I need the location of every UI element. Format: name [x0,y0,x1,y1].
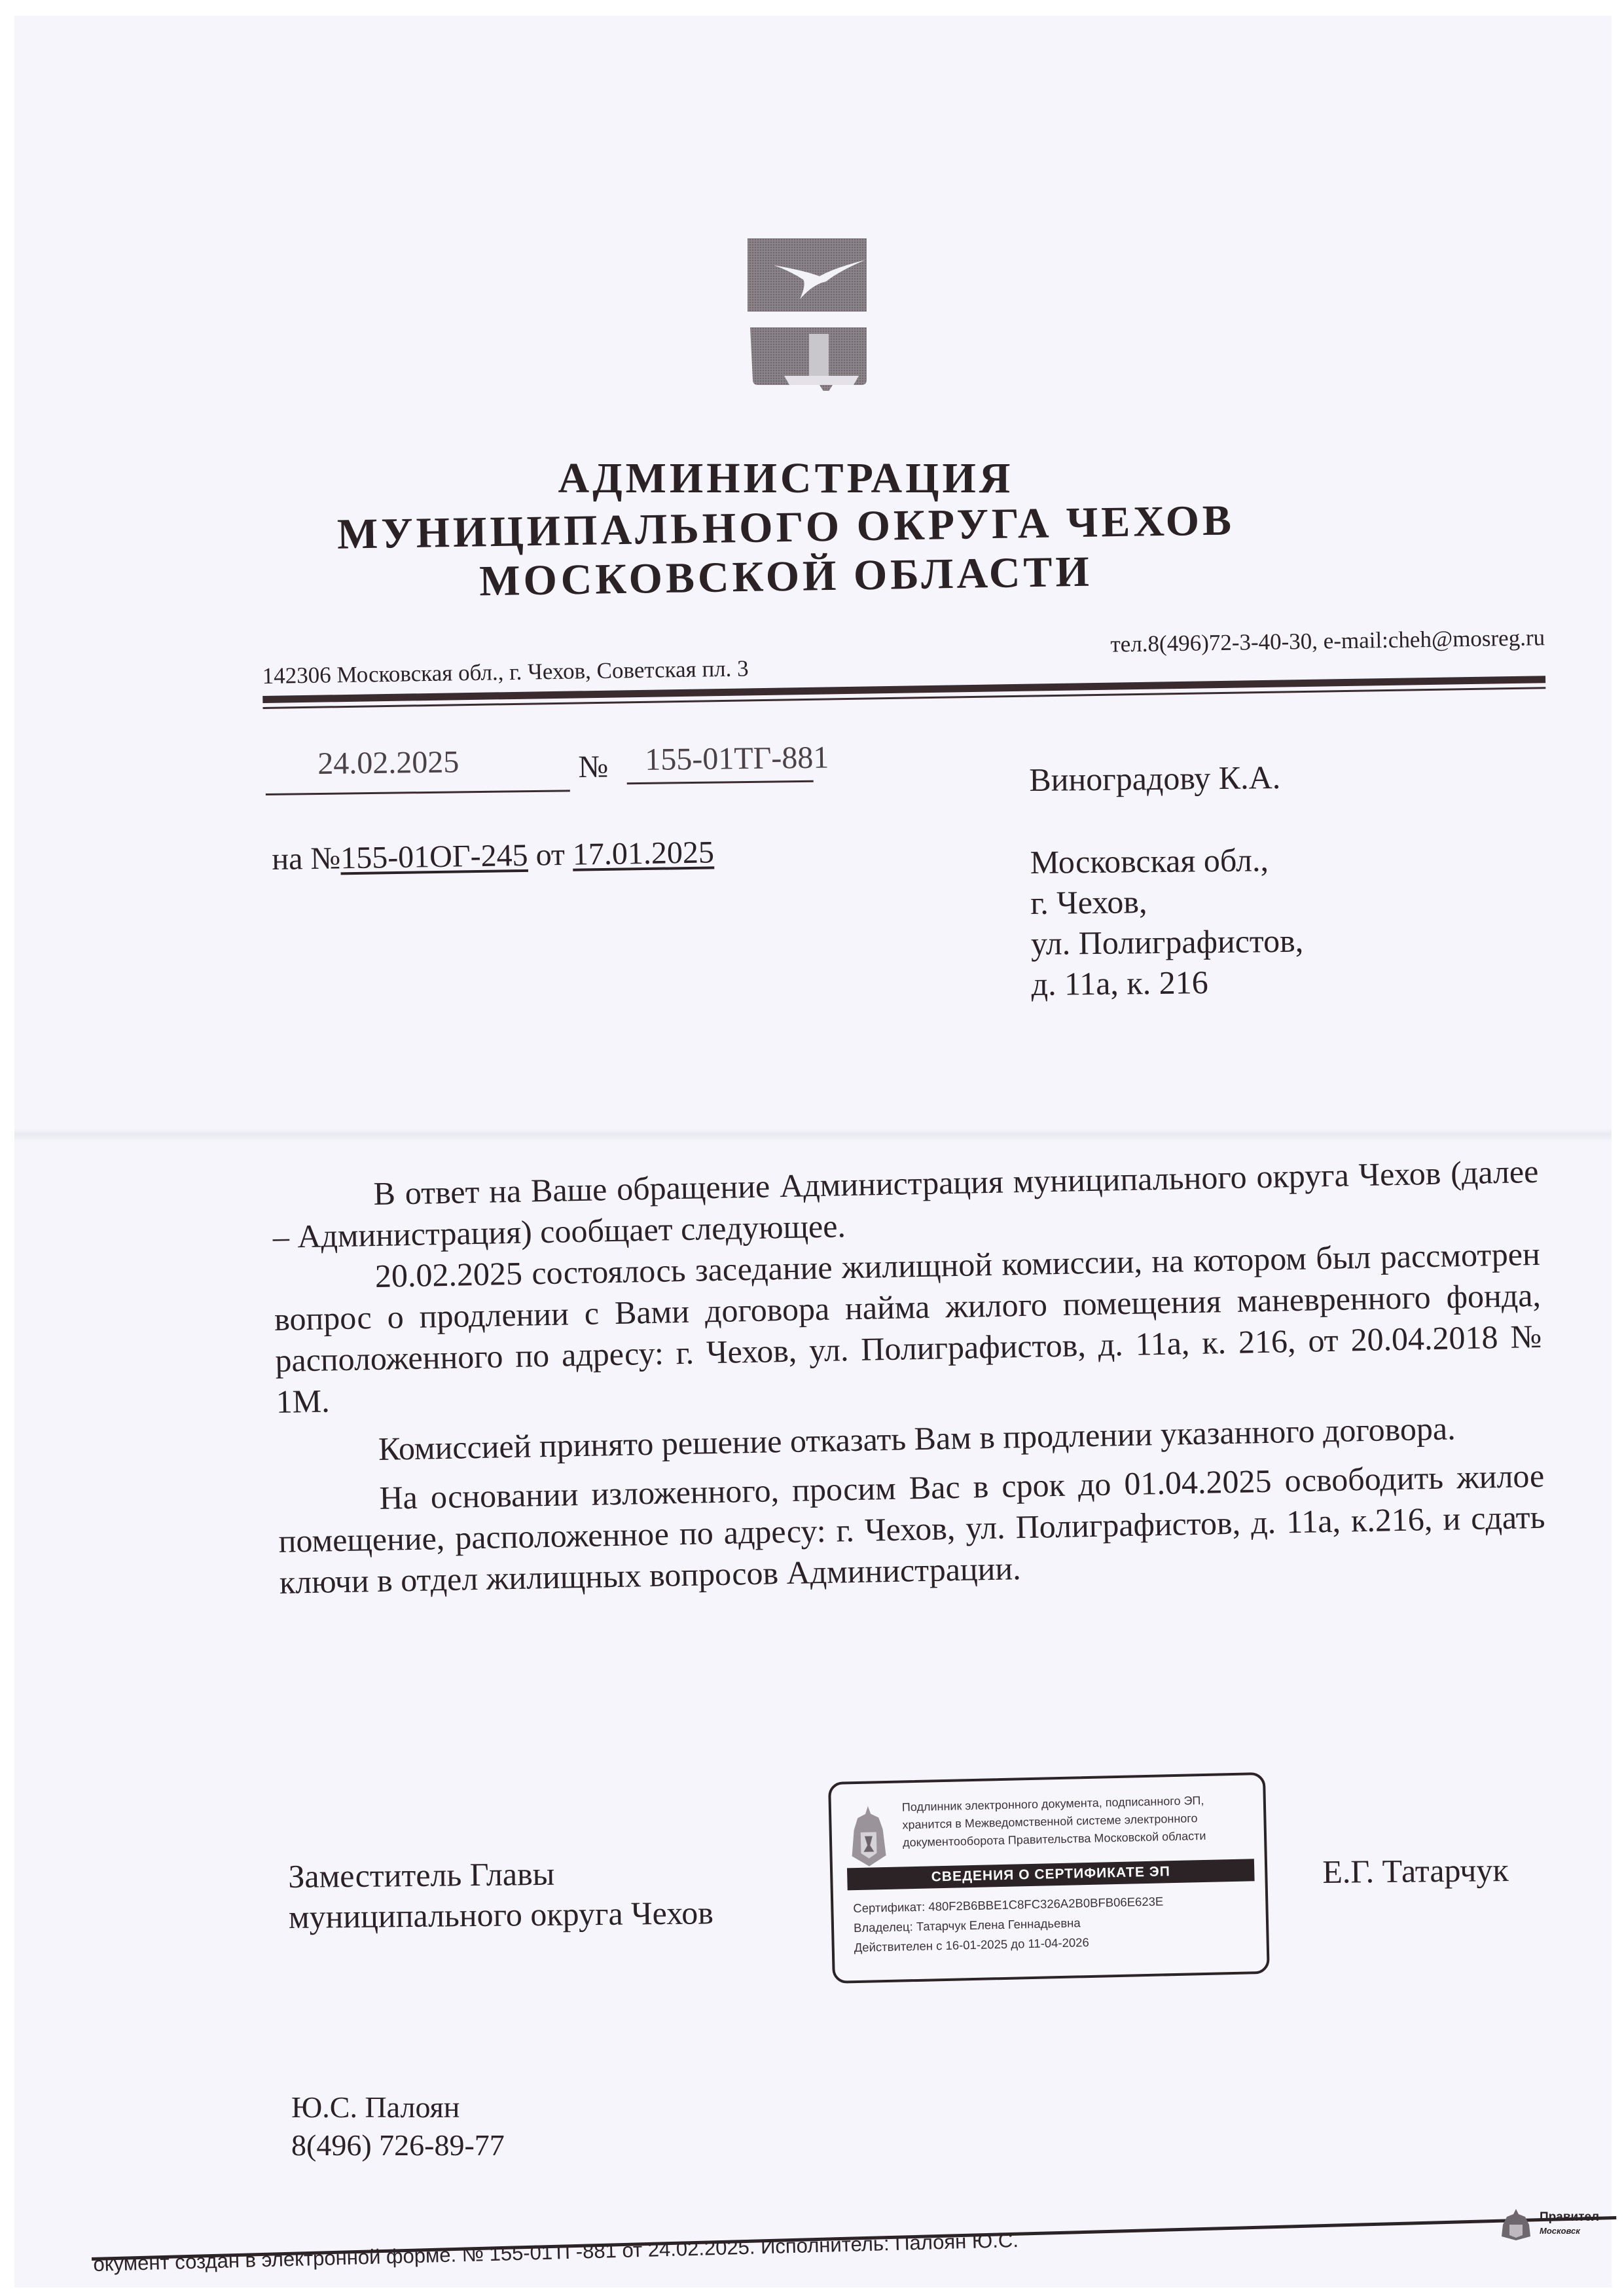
moscow-region-emblem-icon [848,1803,889,1869]
outgoing-date: 24.02.2025 [317,744,460,782]
executor-phone: 8(496) 726-89-77 [291,2126,505,2164]
signer-position-line: Заместитель Главы [288,1851,713,1897]
date-underline [266,790,570,795]
stamp-certificate-info: Сертификат: 480F2B6BBE1C8FC326A2B0BFB06E… [853,1891,1164,1958]
footer-brand-line-1: Правител [1540,2210,1599,2225]
executor-name: Ю.С. Палоян [291,2088,505,2126]
reply-prefix: на № [272,841,341,877]
recipient-address-line: ул. Полиграфистов, [1031,920,1304,964]
reply-number: 155-01ОГ-245 [340,838,528,875]
reply-from-label: от [535,837,565,873]
recipient-address-line: г. Чехов, [1030,880,1303,923]
stamp-certificate-title: СВЕДЕНИЯ О СЕРТИФИКАТЕ ЭП [847,1859,1255,1890]
recipient-block: Виноградову К.А. Московская обл., г. Чех… [1029,757,1304,1004]
reply-reference: на №155-01ОГ-245 от 17.01.2025 [272,834,714,877]
chekhov-coat-of-arms-icon [728,230,869,391]
executor-block: Ю.С. Палоян 8(496) 726-89-77 [291,2088,505,2164]
signer-position: Заместитель Главы муниципального округа … [288,1851,713,1937]
signer-position-line: муниципального округа Чехов [289,1892,714,1937]
recipient-address-line: Московская обл., [1030,839,1303,883]
outgoing-number: 155-01ТГ-881 [645,739,829,777]
moscow-region-emblem-icon [1499,2208,1533,2242]
number-underline [627,780,814,784]
stamp-header: Подлинник электронного документа, подпис… [902,1792,1206,1851]
body-paragraph: На основании изложенного, просим Вас в с… [278,1455,1546,1603]
body-paragraph: 20.02.2025 состоялось заседание жилищной… [273,1233,1542,1423]
electronic-signature-stamp: Подлинник электронного документа, подпис… [828,1772,1270,1984]
letter-body: В ответ на Ваше обращение Администрация … [272,1151,1546,1603]
recipient-address-line: д. 11а, к. 216 [1031,961,1304,1004]
paper-fold-line [14,1129,1612,1142]
recipient-name: Виноградову К.А. [1029,757,1302,800]
number-label: № [578,749,608,786]
signer-name: Е.Г. Татарчук [1322,1851,1509,1891]
reply-date: 17.01.2025 [572,835,714,871]
footer-government-brand: Правител Московск [1499,2206,1624,2252]
footer-brand-line-2: Московск [1540,2226,1580,2236]
